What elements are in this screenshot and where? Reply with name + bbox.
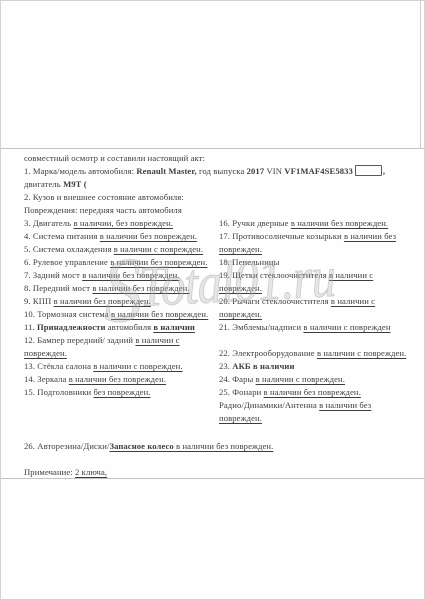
- inspection-item: 8. Передний мост в наличии без поврежден…: [24, 282, 219, 295]
- inspection-columns: 3. Двигатель в наличии, без поврежден.4.…: [24, 217, 410, 425]
- item-value: в наличии: [153, 322, 195, 332]
- inspection-item: 6. Рулевое управление в наличии без повр…: [24, 256, 219, 269]
- item-value: в наличии без поврежден.: [111, 309, 208, 319]
- vehicle-line: 1. Марка/модель автомобиля: Renault Mast…: [24, 165, 410, 178]
- item-value: без поврежден.: [93, 387, 150, 397]
- top-horizontal-rule: [1, 148, 424, 149]
- inspection-item: 15. Подголовники без поврежден.: [24, 386, 219, 399]
- item-label: 13. Стёкла салона: [24, 361, 93, 371]
- item-value: в наличии без поврежден.: [82, 270, 179, 280]
- item-label: 20. Рычаги стеклоочистителя: [219, 296, 331, 306]
- inspection-item: 20. Рычаги стеклоочистителя в наличии с …: [219, 295, 410, 321]
- item-label: 15. Подголовники: [24, 387, 93, 397]
- item-label: 26. Авторезина/Диски/: [24, 441, 109, 451]
- inspection-item: 21. Эмблемы/надписи в наличии с поврежде…: [219, 321, 410, 334]
- item-value: Запасное колесо: [109, 441, 173, 451]
- item-value: в наличии с поврежден.: [317, 348, 406, 358]
- engine-line: двигатель М9Т (: [24, 178, 410, 191]
- item-label: 7. Задний мост: [24, 270, 82, 280]
- item-label: автомобиля: [106, 322, 154, 332]
- note-value: 2 ключа,: [75, 467, 107, 477]
- inspection-items-right: 16. Ручки дверные в наличии без поврежде…: [219, 217, 410, 425]
- inspection-item: 7. Задний мост в наличии без поврежден.: [24, 269, 219, 282]
- year-value: 2017: [247, 166, 265, 176]
- item-label: 4. Система питания: [24, 231, 100, 241]
- item-label: 21. Эмблемы/надписи: [219, 322, 303, 332]
- item-value: в наличии с поврежден.: [93, 361, 182, 371]
- item-label: 22. Электрооборудование: [219, 348, 317, 358]
- item-label: 16. Ручки дверные: [219, 218, 291, 228]
- item-label: 19. Щетки стеклоочистителя: [219, 270, 329, 280]
- item-label: 11.: [24, 322, 37, 332]
- engine-label: двигатель: [24, 179, 63, 189]
- item-value: в наличии без поврежден.: [54, 296, 151, 306]
- inspection-item: 4. Система питания в наличии без поврежд…: [24, 230, 219, 243]
- item-label: 10. Тормозная система: [24, 309, 111, 319]
- inspection-item: 10. Тормозная система в наличии без повр…: [24, 308, 219, 321]
- engine-value: М9Т (: [63, 179, 87, 189]
- item-value: в наличии с поврежден: [303, 322, 390, 332]
- item-label: 17. Противосолнечные козырьки: [219, 231, 344, 241]
- item-value: в наличии без поврежден.: [100, 231, 197, 241]
- vin-label: VIN: [264, 166, 284, 176]
- item-label: 12. Бампер передний/ задний: [24, 335, 135, 345]
- inspection-item: Радио/Динамики/Антенна в наличии без пов…: [219, 399, 410, 425]
- scanned-inspection-act-page: совместный осмотр и составили настоящий …: [0, 0, 425, 600]
- inspection-item: 19. Щетки стеклоочистителя в наличии с п…: [219, 269, 410, 295]
- item-label: 6. Рулевое управление: [24, 257, 110, 267]
- item-value: в наличии без поврежден.: [110, 257, 207, 267]
- inspection-item: 24. Фары в наличии с поврежден.: [219, 373, 410, 386]
- inspection-item: 9. КПП в наличии без поврежден.: [24, 295, 219, 308]
- vin-suffix: ,: [383, 166, 385, 176]
- inspection-item: 14. Зеркала в наличии без поврежден.: [24, 373, 219, 386]
- item-value: в наличии с поврежден.: [256, 374, 345, 384]
- inspection-item: 25. Фонари в наличии без поврежден.: [219, 386, 410, 399]
- item-label: АКБ в наличии: [232, 361, 294, 371]
- make-model-label: 1. Марка/модель автомобиля:: [24, 166, 136, 176]
- inspection-item: 26. Авторезина/Диски/Запасное колесо в н…: [24, 440, 410, 453]
- item-value: в наличии без поврежден.: [174, 441, 274, 451]
- item-label: 24. Фары: [219, 374, 256, 384]
- item-value: в наличии без поврежден.: [264, 387, 361, 397]
- item-label: Радио/Динамики/Антенна: [219, 400, 319, 410]
- item-value: в наличии без поврежден.: [69, 374, 166, 384]
- item-value: в наличии с поврежден.: [114, 244, 203, 254]
- item-label: 23.: [219, 361, 232, 371]
- inspection-item: 5. Система охлаждения в наличии с повреж…: [24, 243, 219, 256]
- note-label: Примечание:: [24, 467, 75, 477]
- item-label: 5. Система охлаждения: [24, 244, 114, 254]
- vin-value: VF1MAF4SE5833: [284, 166, 353, 176]
- inspection-item: 11. Принадлежности автомобиля в наличии: [24, 321, 219, 334]
- inspection-item: 3. Двигатель в наличии, без поврежден.: [24, 217, 219, 230]
- document-body: совместный осмотр и составили настоящий …: [24, 152, 410, 479]
- item-label: 3. Двигатель: [24, 218, 73, 228]
- inspection-item: 16. Ручки дверные в наличии без поврежде…: [219, 217, 410, 230]
- item-label: 14. Зеркала: [24, 374, 69, 384]
- inspection-item: 18. Пепельницы: [219, 256, 410, 269]
- item-label: 25. Фонари: [219, 387, 264, 397]
- inspection-item: 13. Стёкла салона в наличии с поврежден.: [24, 360, 219, 373]
- scan-artifact-vertical-line: [420, 1, 421, 148]
- inspection-item: 12. Бампер передний/ задний в наличии с …: [24, 334, 219, 360]
- year-label: год выпуска: [197, 166, 247, 176]
- item-label: Принадлежности: [37, 322, 106, 332]
- inspection-item: 23. АКБ в наличии: [219, 360, 410, 373]
- note-line: Примечание: 2 ключа,: [24, 466, 410, 479]
- inspection-items-left: 3. Двигатель в наличии, без поврежден.4.…: [24, 217, 219, 425]
- make-model-value: Renault Master,: [136, 166, 196, 176]
- item-label: 8. Передний мост: [24, 283, 92, 293]
- item-label: 9. КПП: [24, 296, 54, 306]
- body-condition-line: 2. Кузов и внешнее состояние автомобиля:: [24, 191, 410, 204]
- item-label: 18. Пепельницы: [219, 257, 280, 267]
- item-value: в наличии без поврежден.: [291, 218, 388, 228]
- item-value: в наличии, без поврежден.: [73, 218, 173, 228]
- inspection-item: 22. Электрооборудование в наличии с повр…: [219, 347, 410, 360]
- vin-redaction-box: [355, 165, 382, 176]
- item-value: в наличии без поврежден.: [92, 283, 189, 293]
- inspection-item: 17. Противосолнечные козырьки в наличии …: [219, 230, 410, 256]
- intro-line: совместный осмотр и составили настоящий …: [24, 152, 410, 165]
- inspection-items-bottom: 26. Авторезина/Диски/Запасное колесо в н…: [24, 440, 410, 453]
- damage-line: Повреждения: передняя часть автомобиля: [24, 204, 410, 217]
